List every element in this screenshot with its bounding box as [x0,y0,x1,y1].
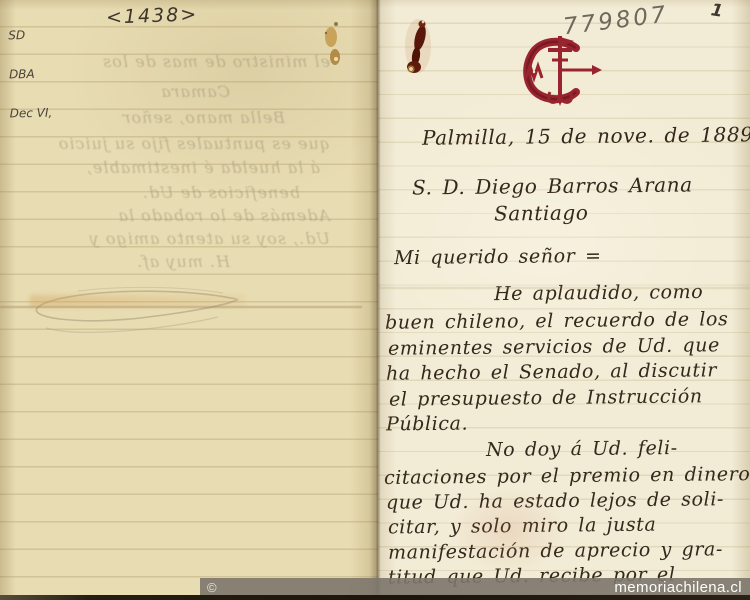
letter-addressee: S. D. Diego Barros Arana [412,173,693,200]
scanned-letter-page: SD DBA Dec VI, <1438> el ministro de mas… [0,0,750,600]
bleedthrough-line: H. muy af. [136,252,230,271]
letter-line: ha hecho el Senado, al discutir [386,359,717,384]
bleedthrough-line: á la huelda é inestimable, [86,158,320,177]
letter-line: el presupuesto de Instrucción [389,385,703,410]
letter-line: No doy á Ud. feli- [486,437,678,461]
page-number: 1 [710,0,725,22]
inventory-number: 779807 [562,2,670,41]
bleedthrough-text: el ministro de mas de los Camara Bella m… [8,48,358,278]
left-page: SD DBA Dec VI, <1438> el ministro de mas… [0,0,378,600]
rust-stain-icon [320,20,346,72]
catalog-number: <1438> [106,3,199,28]
bleedthrough-line: Además de lo robado la [117,206,330,225]
bleedthrough-line: Bella mano, señor [122,108,285,127]
ink-stain-icon [403,16,437,78]
bleedthrough-line: Camara [160,82,230,101]
watermark-text: memoriachilena.cl [614,579,750,596]
archival-code-line: SD [8,29,51,43]
letter-line: Pública. [386,413,468,436]
letter-line: He aplaudido, como [494,281,703,305]
letter-salutation: Mi querido señor = [394,245,602,269]
faint-stain [452,488,567,573]
scan-edge [0,595,750,600]
monogram-seal-icon [514,34,606,106]
right-page: 779807 1 Palmilla, 15 de nove. de 1889 S… [378,0,750,600]
bleedthrough-line: beneficios de Ud. [142,183,300,202]
signature-flourish-icon [18,283,253,345]
letter-line: eminentes servicios de Ud. que [388,334,720,359]
letter-city: Santiago [494,201,589,226]
bleedthrough-line: el ministro de mas de los [102,52,330,71]
letter-line: buen chileno, el recuerdo de los [385,308,729,334]
copyright-icon: © [207,580,217,595]
letter-dateline: Palmilla, 15 de nove. de 1889 [422,122,750,149]
letter-line: citaciones por el premio en dinero, [384,463,750,489]
bleedthrough-line: que es puntuales fijo su juicio [58,134,330,153]
bleedthrough-line: Ud., soy su atento amigo y [89,229,330,248]
